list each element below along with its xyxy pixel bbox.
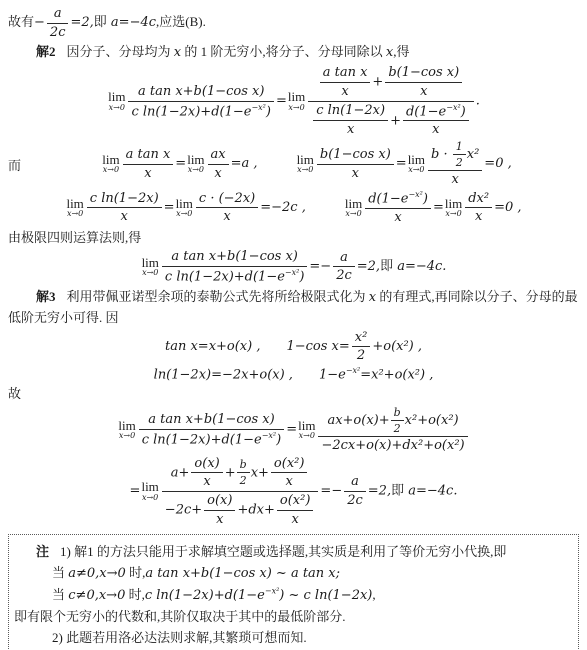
cn-text: 即	[380, 258, 393, 273]
exponent: −x²	[346, 366, 360, 375]
numerator: a tan x+b(1−cos x)	[139, 412, 285, 430]
exponent: −x²	[285, 268, 299, 277]
denominator: c ln(1−2x)+d(1−e−x²)	[139, 430, 285, 448]
numerator: d(1−e−x²)	[365, 190, 431, 209]
numerator: a	[344, 474, 366, 492]
math-token: x+	[251, 465, 269, 480]
math-token: x²+o(x²)	[405, 413, 459, 428]
denominator: x	[317, 165, 394, 182]
numerator: o(x²)	[271, 456, 308, 474]
denominator: x	[277, 511, 314, 528]
exponent: −x²	[265, 587, 279, 596]
lim-subscript: x→0	[345, 210, 362, 219]
fraction: c · (−2x)x	[196, 191, 258, 225]
denominator: 2	[391, 421, 404, 435]
cn-text: 即	[94, 14, 107, 29]
math-token: d(1−e	[406, 104, 446, 119]
plus-sign: +	[372, 75, 383, 90]
fraction: c ln(1−2x)x	[87, 191, 162, 225]
numerator: dx²	[465, 191, 492, 209]
equals-sign: =	[396, 156, 407, 171]
numerator: d(1−e−x²)	[403, 103, 469, 122]
fraction: ax+o(x)+b2x²+o(x²)−2cx+o(x)+dx²+o(x²)	[318, 406, 467, 454]
limit-operator: limx→0	[108, 90, 125, 112]
numerator: b	[391, 406, 404, 421]
formula-row-2: limx→0c ln(1−2x)x=limx→0c · (−2x)x=−2c ,…	[8, 190, 579, 226]
note-box: 注1) 解1 的方法只能用于求解填空题或选择题,其实质是利用了等价无穷小代换,即…	[8, 534, 579, 650]
math-token: −2c+	[165, 503, 202, 518]
limit-operator: limx→0	[408, 153, 425, 175]
limit-operator: limx→0	[187, 153, 204, 175]
note-line-1: 注1) 解1 的方法只能用于求解填空题或选择题,其实质是利用了等价无穷小代换,即	[14, 541, 570, 562]
denominator: −2c+o(x)x+dx+o(x²)x	[162, 492, 319, 527]
denominator: x	[313, 121, 388, 138]
fraction: o(x²)x	[271, 456, 308, 490]
denominator: x	[465, 208, 492, 225]
equals-sign: =	[164, 200, 175, 215]
fraction-b-over-2: b2	[391, 406, 404, 435]
limit-operator: limx→0	[102, 153, 119, 175]
lim-label: lim	[345, 197, 362, 211]
limit-operator: limx→0	[297, 153, 314, 175]
equals-sign: =	[286, 422, 297, 437]
lim-label: lim	[118, 419, 135, 433]
cn-text: 时,	[126, 565, 146, 580]
math-token: a=−4c	[107, 15, 156, 30]
note-line-5: 2) 此题若用洛必达法则求解,其繁琐可想而知.	[14, 627, 570, 648]
numerator: b · 12x²	[428, 140, 482, 171]
math-token: c≠0,x→0	[68, 588, 125, 603]
result: −2c ,	[271, 200, 306, 215]
denominator: −2cx+o(x)+dx²+o(x²)	[318, 437, 467, 454]
limit-operator: limx→0	[345, 197, 362, 219]
math-token: =−	[320, 483, 342, 498]
lim-subscript: x→0	[141, 494, 158, 503]
fraction: b(1−cos x)x	[385, 65, 462, 99]
numerator: b(1−cos x)	[317, 147, 394, 165]
lim-label: lim	[187, 153, 204, 167]
equals-sign: =	[433, 200, 444, 215]
numerator: o(x²)	[277, 493, 314, 511]
note-line-3: 当 c≠0,x→0 时,c ln(1−2x)+d(1−e−x²) ~ c ln(…	[14, 584, 570, 606]
minus-sign: −	[34, 15, 45, 30]
fraction-b-over-2: b2	[237, 458, 250, 487]
numerator: a tan x	[123, 147, 174, 165]
denominator: x	[196, 208, 258, 225]
cn-text: 的 1 阶无穷小,将分子、分母同除以	[181, 44, 386, 59]
taylor-line-2: ln(1−2x)=−2x+o(x) ,1−e−x²=x²+o(x²) ,	[8, 366, 579, 382]
denominator: x	[271, 473, 308, 490]
formula-group: limx→0a tan xx=limx→0axx=a ,limx→0b(1−co…	[34, 140, 579, 188]
math-token: )	[266, 104, 271, 119]
numerator: b	[237, 458, 250, 473]
denominator: x	[385, 83, 462, 100]
result: a ,	[242, 156, 258, 171]
cn-text: 即	[391, 482, 404, 497]
math-token: )	[423, 191, 428, 206]
math-token: )	[461, 104, 466, 119]
numerator: a tan xx+b(1−cos x)x	[308, 65, 474, 101]
cn-text: 利用带佩亚诺型余项的泰勒公式先将所给极限式化为	[67, 289, 369, 304]
lim-subscript: x→0	[176, 210, 193, 219]
fraction: o(x)x	[204, 493, 235, 527]
denominator: 2	[352, 347, 371, 364]
fraction: c ln(1−2x)x	[313, 103, 388, 137]
solution2-paragraph: 解2因分子、分母均为 x 的 1 阶无穷小,将分子、分母同除以 x,得	[8, 42, 579, 63]
math-token: ln(1−2x)=−2x+o(x) ,	[154, 367, 293, 382]
math-token: a=−4c.	[393, 259, 446, 274]
limit-operator: limx→0	[141, 480, 158, 502]
note-line-2: 当 a≠0,x→0 时,a tan x+b(1−cos x) ~ a tan x…	[14, 562, 570, 584]
fraction: o(x²)x	[277, 493, 314, 527]
numerator: x²	[352, 330, 371, 348]
fraction-a-over-2c: a2c	[333, 250, 355, 284]
math-token: )	[299, 269, 304, 284]
denominator: c ln(1−2x)+d(1−e−x²)	[128, 102, 274, 120]
math-token: x²	[467, 147, 480, 162]
equals-sign: =	[494, 200, 505, 215]
math-token: a=−4c.	[404, 483, 457, 498]
math-token: c ln(1−2x)+d(1−e	[145, 588, 265, 603]
denominator: x	[191, 473, 222, 490]
equals-sign: =	[175, 156, 186, 171]
denominator: x	[87, 208, 162, 225]
numerator: b(1−cos x)	[385, 65, 462, 83]
cn-text: 时,	[125, 587, 145, 602]
denominator: x	[204, 511, 235, 528]
result: 0 ,	[495, 156, 512, 171]
math-token: b ·	[431, 147, 452, 162]
limit-operator: limx→0	[118, 419, 135, 441]
cn-er: 而	[8, 155, 34, 174]
page: 故有−a2c=2,即 a=−4c,应选(B). 解2因分子、分母均为 x 的 1…	[8, 6, 579, 650]
numerator: 1	[453, 140, 466, 155]
math-token: 1−e	[319, 367, 346, 382]
big-fraction: a+o(x)x+b2x+o(x²)x−2c+o(x)x+dx+o(x²)x	[162, 456, 319, 527]
denominator: 2c	[47, 24, 69, 41]
exponent: −x²	[408, 190, 422, 199]
fraction-main: a tan x+b(1−cos x)c ln(1−2x)+d(1−e−x²)	[128, 84, 274, 120]
limit-operator: limx→0	[445, 197, 462, 219]
math-token: c ln(1−2x)+d(1−e	[131, 104, 251, 119]
lim-subscript: x→0	[142, 269, 159, 278]
result: 0 ,	[505, 200, 522, 215]
denominator: 2c	[344, 492, 366, 509]
lim-subscript: x→0	[66, 210, 83, 219]
display-formula-2: limx→0a tan x+b(1−cos x)c ln(1−2x)+d(1−e…	[8, 249, 579, 285]
limit-operator: limx→0	[298, 419, 315, 441]
lim-label: lim	[408, 153, 425, 167]
numerator: a	[333, 250, 355, 268]
lim-label: lim	[288, 90, 305, 104]
denominator: x	[365, 209, 431, 226]
limit-operator: limx→0	[176, 197, 193, 219]
lim-subscript: x→0	[187, 166, 204, 175]
period: .	[476, 94, 480, 109]
math-token: +o(x²) ,	[372, 339, 422, 354]
numerator: a+o(x)x+b2x+o(x²)x	[162, 456, 319, 492]
denominator: x	[208, 165, 229, 182]
display-formula-3-line1: limx→0a tan x+b(1−cos x)c ln(1−2x)+d(1−e…	[8, 406, 579, 454]
lim-label: lim	[108, 90, 125, 104]
math-token: c ln(1−2x)+d(1−e	[142, 432, 262, 447]
cn-text: 即有限个无穷小的代数和,其阶仅取决于其中的最低阶部分.	[14, 609, 346, 624]
cn-text: 1) 解1 的方法只能用于求解填空题或选择题,其实质是利用了等价无穷小代换,即	[60, 544, 506, 559]
limit-operator: limx→0	[66, 197, 83, 219]
lim-subscript: x→0	[445, 210, 462, 219]
cn-text: 当	[52, 565, 68, 580]
display-formula-3-line2: =limx→0a+o(x)x+b2x+o(x²)x−2c+o(x)x+dx+o(…	[8, 456, 579, 527]
fraction-x2-over-2: x²2	[352, 330, 371, 364]
math-token: =2,	[368, 483, 391, 498]
numerator: a	[47, 6, 69, 24]
math-token: tan x=x+o(x) ,	[165, 339, 261, 354]
numerator: ax	[208, 147, 229, 165]
fraction: axx	[208, 147, 229, 181]
fraction: d(1−e−x²)x	[403, 103, 469, 139]
er-row: 而 limx→0a tan xx=limx→0axx=a ,limx→0b(1−…	[8, 140, 579, 188]
math-token: )	[276, 432, 281, 447]
solution3-heading: 解3	[36, 289, 56, 304]
math-token: =2,	[357, 259, 380, 274]
numerator: a tan x+b(1−cos x)	[128, 84, 274, 102]
cn-text: 当	[52, 587, 68, 602]
math-token: c ln(1−2x)+d(1−e	[165, 269, 285, 284]
solution2-heading: 解2	[36, 44, 56, 59]
gu-line: 故	[8, 384, 579, 404]
numerator: o(x)	[191, 456, 222, 474]
equals-sign: =	[130, 483, 141, 498]
equals-sign: =	[231, 156, 242, 171]
denominator: x	[403, 121, 469, 138]
numerator: o(x)	[204, 493, 235, 511]
lim-label: lim	[141, 480, 158, 494]
fraction-a-over-2c: a2c	[47, 6, 69, 40]
equals-sign: =	[484, 156, 495, 171]
rule-line: 由极限四则运算法则,得	[8, 228, 579, 248]
lim-subscript: x→0	[118, 432, 135, 441]
lim-subscript: x→0	[288, 104, 305, 113]
math-token: ) ~ c ln(1−2x)	[279, 588, 372, 603]
cn-text: 因分子、分母均为	[67, 44, 174, 59]
lim-label: lim	[66, 197, 83, 211]
lim-subscript: x→0	[297, 166, 314, 175]
taylor-line-1: tan x=x+o(x) ,1−cos x=x²2+o(x²) ,	[8, 330, 579, 364]
math-token: d(1−e	[368, 191, 408, 206]
equals-sign: =	[260, 200, 271, 215]
math-token: ax+o(x)+	[327, 413, 389, 428]
lim-label: lim	[142, 256, 159, 270]
note-line-4: 即有限个无穷小的代数和,其阶仅取决于其中的最低阶部分.	[14, 606, 570, 627]
cn-text: 2) 此题若用洛必达法则求解,其繁琐可想而知.	[52, 630, 307, 645]
exponent: −x²	[446, 103, 460, 112]
exponent: −x²	[262, 431, 276, 440]
numerator: a tan x+b(1−cos x)	[162, 249, 308, 267]
lim-subscript: x→0	[298, 432, 315, 441]
limit-operator: limx→0	[288, 90, 305, 112]
conclusion-line: 故有−a2c=2,即 a=−4c,应选(B).	[8, 6, 579, 40]
numerator: c ln(1−2x)	[313, 103, 388, 121]
plus-sign: +	[225, 465, 236, 480]
solution3-paragraph: 解3利用带佩亚诺型余项的泰勒公式先将所给极限式化为 x 的有理式,再同除以分子、…	[8, 287, 579, 328]
lim-label: lim	[102, 153, 119, 167]
lim-subscript: x→0	[108, 104, 125, 113]
math-token: a≠0,x→0	[68, 566, 126, 581]
lim-label: lim	[298, 419, 315, 433]
fraction: o(x)x	[191, 456, 222, 490]
numerator: c · (−2x)	[196, 191, 258, 209]
lim-subscript: x→0	[102, 166, 119, 175]
denominator: 2	[453, 155, 466, 169]
math-token: =−	[309, 259, 331, 274]
big-fraction: a tan xx+b(1−cos x)xc ln(1−2x)x+d(1−e−x²…	[308, 65, 474, 138]
denominator: c ln(1−2x)x+d(1−e−x²)x	[308, 102, 474, 139]
note-heading: 注	[36, 544, 49, 559]
math-token: 1−cos x=	[286, 339, 349, 354]
denominator: x	[428, 171, 482, 188]
math-token: a tan x+b(1−cos x) ~ a tan x;	[145, 566, 340, 581]
fraction: b · 12x²x	[428, 140, 482, 188]
exponent: −x²	[251, 103, 265, 112]
cn-text: ,	[372, 587, 375, 602]
denominator: c ln(1−2x)+d(1−e−x²)	[162, 267, 308, 285]
display-formula-1: limx→0a tan x+b(1−cos x)c ln(1−2x)+d(1−e…	[8, 65, 579, 138]
fraction: d(1−e−x²)x	[365, 190, 431, 226]
fraction-main: a tan x+b(1−cos x)c ln(1−2x)+d(1−e−x²)	[139, 412, 285, 448]
numerator: ax+o(x)+b2x²+o(x²)	[318, 406, 467, 437]
math-token: +dx+	[237, 503, 274, 518]
fraction-main: a tan x+b(1−cos x)c ln(1−2x)+d(1−e−x²)	[162, 249, 308, 285]
lim-label: lim	[176, 197, 193, 211]
denominator: x	[320, 83, 371, 100]
fraction: dx²x	[465, 191, 492, 225]
math-token: a+	[171, 465, 190, 480]
fraction-a-over-2c: a2c	[344, 474, 366, 508]
plus-sign: +	[390, 113, 401, 128]
fraction: b(1−cos x)x	[317, 147, 394, 181]
numerator: a tan x	[320, 65, 371, 83]
math-token: =2,	[70, 15, 93, 30]
lim-label: lim	[297, 153, 314, 167]
fraction: a tan xx	[123, 147, 174, 181]
denominator: 2	[237, 473, 250, 487]
lim-subscript: x→0	[408, 166, 425, 175]
numerator: c ln(1−2x)	[87, 191, 162, 209]
limit-operator: limx→0	[142, 256, 159, 278]
math-token: =x²+o(x²) ,	[360, 367, 433, 382]
equals-sign: =	[276, 94, 287, 109]
fraction-one-half: 12	[453, 140, 466, 169]
fraction: a tan xx	[320, 65, 371, 99]
denominator: 2c	[333, 267, 355, 284]
cn-text: ,得	[393, 44, 409, 59]
lim-label: lim	[445, 197, 462, 211]
cn-text: ,应选(B).	[156, 14, 206, 29]
cn-text: 故有	[8, 14, 34, 29]
denominator: x	[123, 165, 174, 182]
